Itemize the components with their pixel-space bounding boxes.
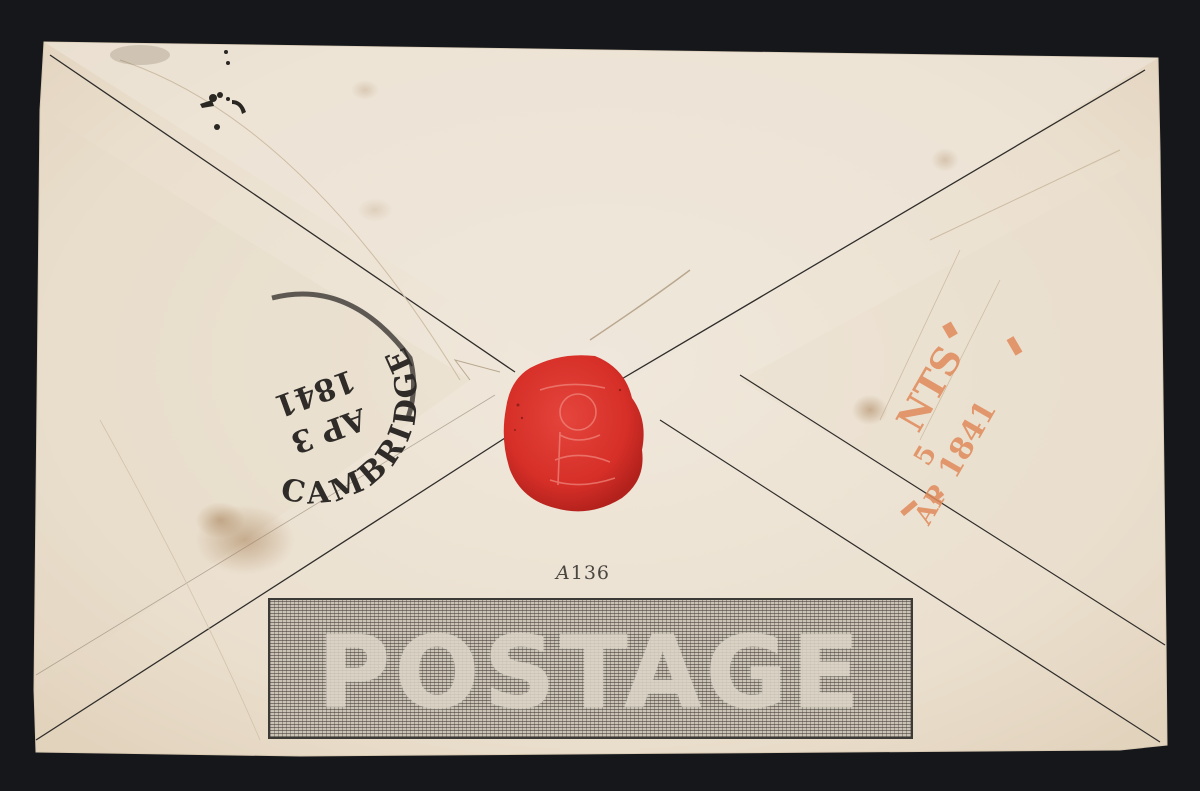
stock-number: A136 xyxy=(556,562,610,584)
wax-seal xyxy=(500,350,648,515)
postage-panel: POSTAGE xyxy=(268,598,913,739)
photo-scene: AP 3 1841 CAMBRIDGE NTS 1841 AP 5 xyxy=(0,0,1200,791)
cambridge-postmark: AP 3 1841 CAMBRIDGE xyxy=(200,268,430,518)
red-postmark: NTS 1841 AP 5 xyxy=(830,305,1070,545)
postage-panel-text: POSTAGE xyxy=(270,614,911,731)
